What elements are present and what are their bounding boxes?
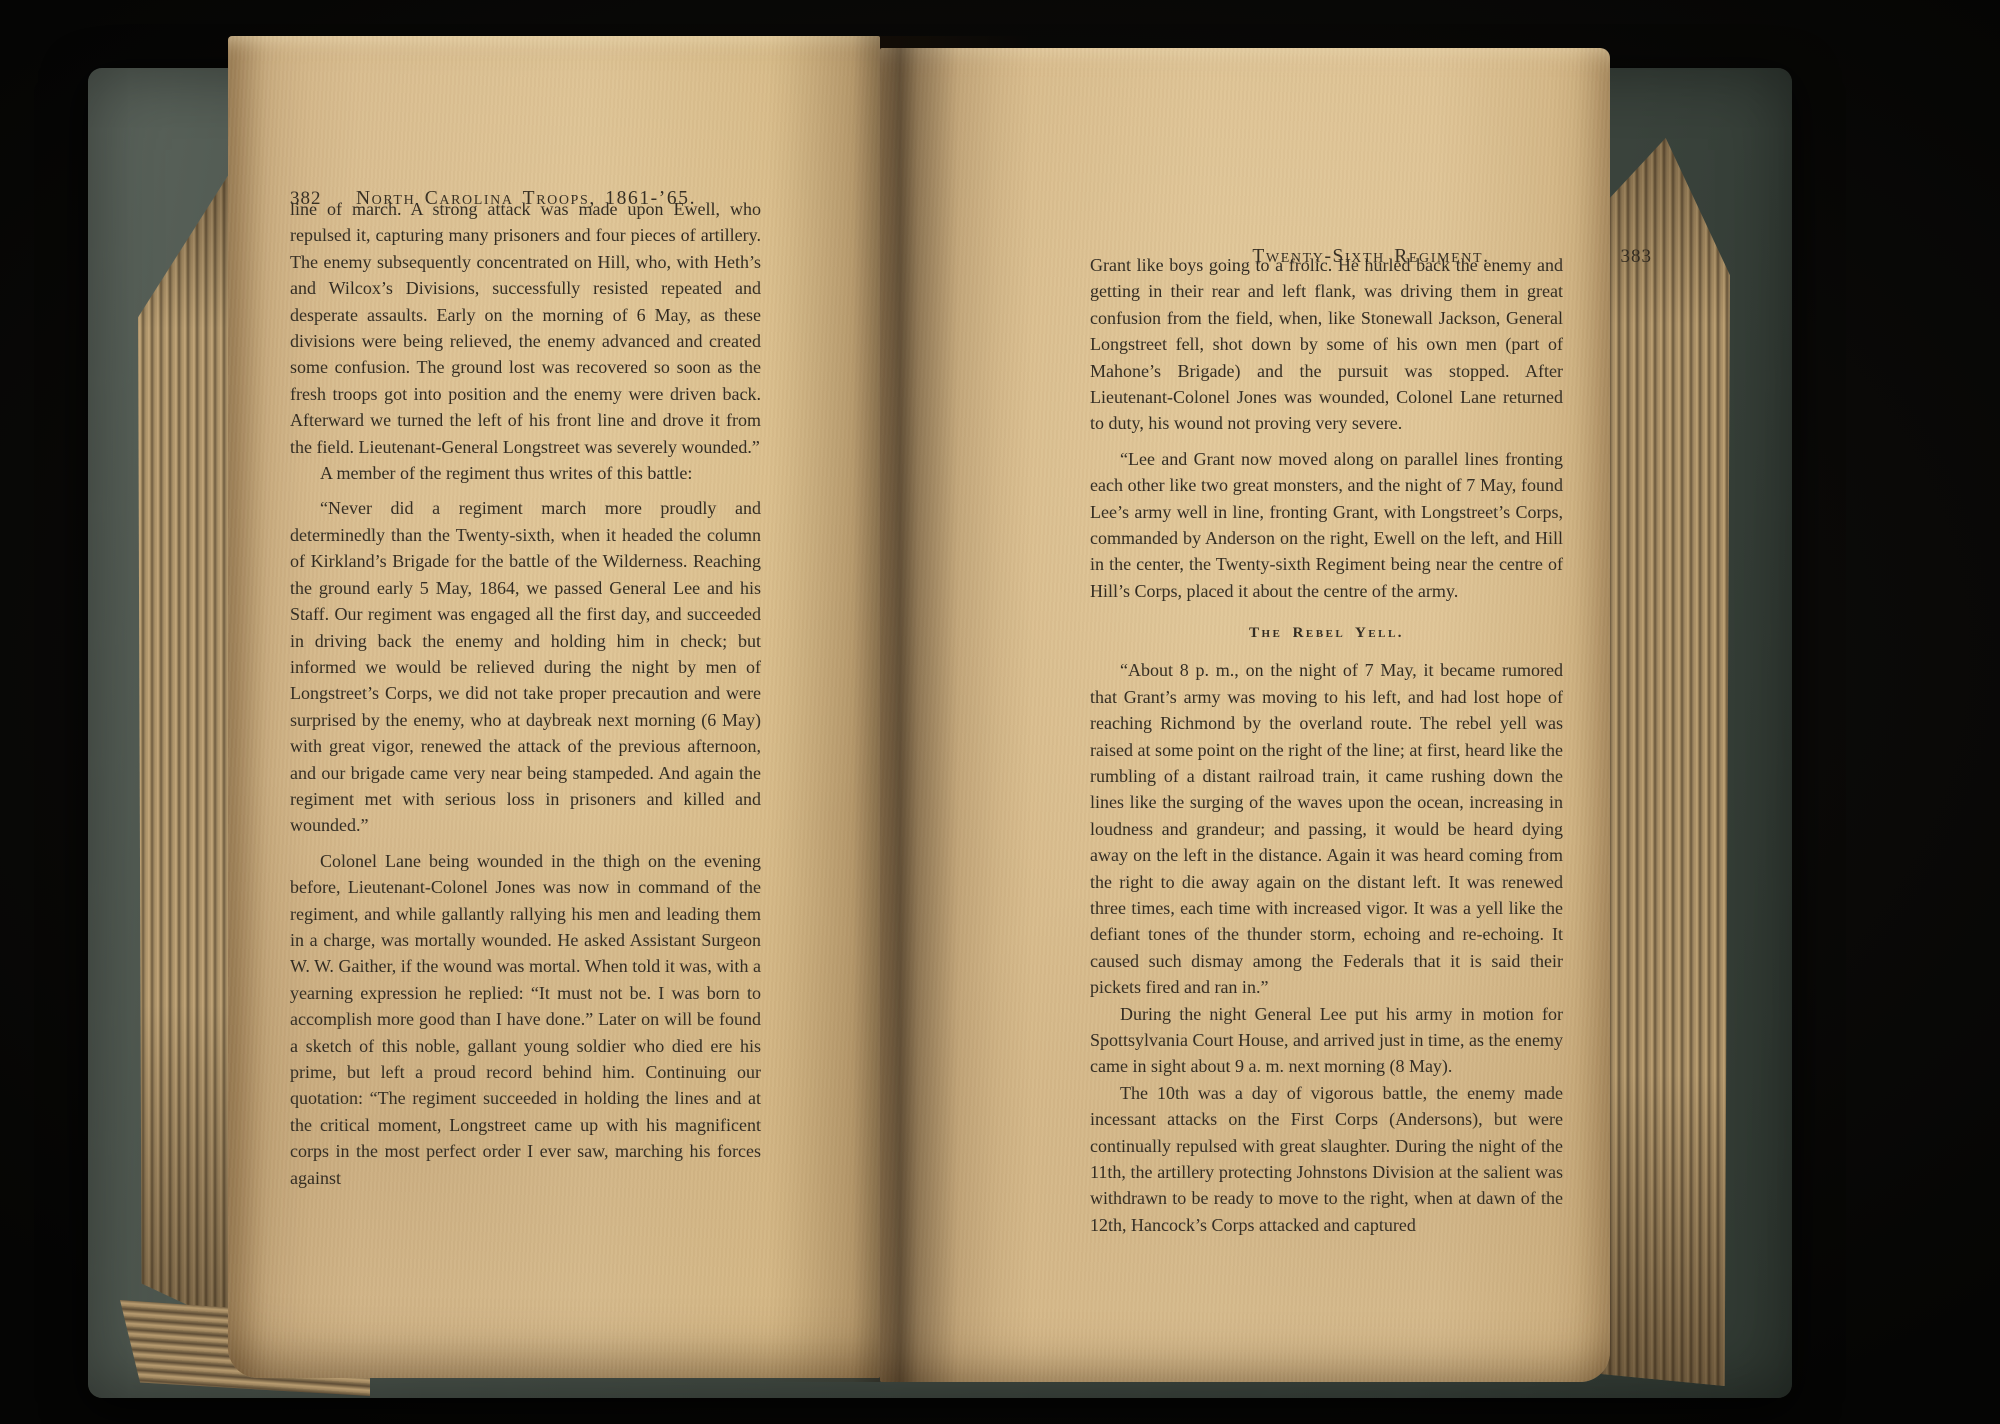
paragraph: Grant like boys going to a frolic. He hu…: [1090, 252, 1563, 437]
paragraph: The 10th was a day of vigorous battle, t…: [1090, 1080, 1563, 1238]
right-page: Twenty-Sixth Regiment. 383 Grant like bo…: [880, 48, 1610, 1382]
paragraph: Colonel Lane being wounded in the thigh …: [290, 848, 761, 1191]
paragraph: “Never did a regiment march more proudly…: [290, 495, 761, 838]
paragraph: During the night General Lee put his arm…: [1090, 1001, 1563, 1080]
paragraph: “About 8 p. m., on the night of 7 May, i…: [1090, 657, 1563, 1000]
left-page: 382 North Carolina Troops, 1861-’65. lin…: [228, 36, 880, 1378]
right-page-number: 383: [1572, 246, 1652, 268]
right-page-text: Grant like boys going to a frolic. He hu…: [1090, 252, 1563, 1238]
open-book-photo: 382 North Carolina Troops, 1861-’65. lin…: [0, 0, 2000, 1424]
paragraph: line of march. A strong attack was made …: [290, 196, 761, 460]
paragraph: “Lee and Grant now moved along on parall…: [1090, 446, 1563, 604]
right-fore-edge-pages: [1596, 138, 1730, 1386]
section-heading: The Rebel Yell.: [1090, 625, 1563, 642]
paragraph: A member of the regiment thus writes of …: [290, 460, 761, 486]
left-page-text: line of march. A strong attack was made …: [290, 196, 761, 1191]
